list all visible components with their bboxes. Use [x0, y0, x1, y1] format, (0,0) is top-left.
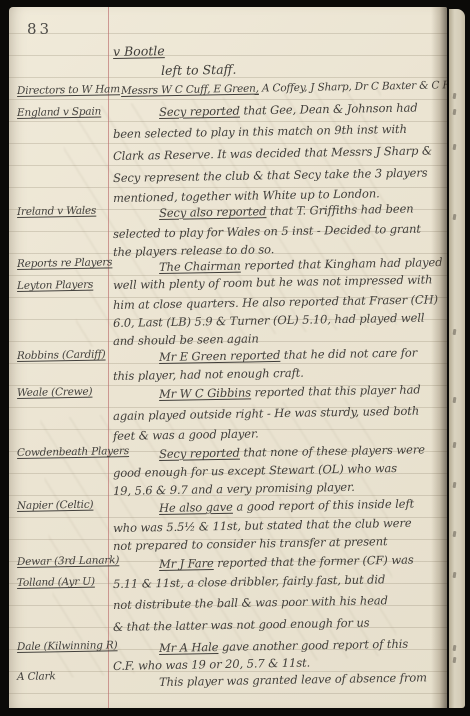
margin-note-tolland-ayr-u: Tolland (Ayr U) [17, 576, 95, 589]
facing-page-ink-mark [453, 109, 457, 115]
entry-heading-left-to-staff: left to Staff. [161, 62, 237, 78]
margin-note-weale-crewe: Weale (Crewe) [17, 386, 93, 399]
underlined-lead: Messrs W C Cuff, E Green, [121, 83, 259, 97]
facing-page-ink-mark [453, 531, 457, 537]
margin-note-cowdenbeath-players: Cowdenbeath Players [17, 445, 129, 459]
line-text: that he did not care for [280, 345, 417, 361]
margin-note-dewar-3rd-lanark: Dewar (3rd Lanark) [17, 554, 119, 568]
minute-book-page: 83 v Bootle left to Staff. Directors to … [9, 7, 447, 708]
facing-page-ink-mark [453, 329, 457, 335]
margin-rule-line [108, 7, 109, 708]
facing-page-ink-mark [453, 657, 457, 663]
facing-page-ink-mark [453, 572, 457, 578]
entry-heading-v-bootle: v Bootle [113, 43, 165, 59]
line-text: that T. Griffiths had been [266, 202, 413, 219]
line-text: reported that this player had [251, 382, 421, 399]
facing-page-ink-mark [453, 144, 457, 150]
facing-page-ink-mark [453, 93, 457, 99]
underlined-lead: Mr J Fare [159, 556, 214, 571]
underlined-lead: Mr E Green reported [159, 348, 281, 364]
facing-page-ink-mark [453, 482, 457, 488]
margin-note-directors-to-w-ham: Directors to W Ham [17, 83, 120, 97]
page-number: 83 [27, 20, 52, 38]
underlined-lead: He also gave [159, 500, 233, 515]
line-text: and should be seen again [113, 331, 259, 348]
scan-backdrop: { "page": { "number": "83", "heading": {… [0, 0, 470, 716]
underlined-lead: Secy reported [159, 104, 240, 119]
line-text: feet & was a good player. [113, 426, 259, 443]
facing-page-ink-mark [453, 214, 457, 220]
facing-page-edge [449, 9, 465, 708]
underlined-lead: Secy reported [159, 446, 240, 461]
margin-note-robbins-cardiff: Robbins (Cardiff) [17, 348, 106, 362]
margin-note-napier-celtic: Napier (Celtic) [17, 499, 94, 512]
underlined-lead: The Chairman [159, 259, 241, 274]
facing-page-ink-mark [453, 397, 457, 403]
margin-note-dale-kilwinning-r: Dale (Kilwinning R) [17, 639, 118, 653]
facing-page-ink-mark [453, 645, 457, 651]
underlined-lead: Secy also reported [159, 204, 267, 220]
line-text: the players release to do so. [113, 242, 275, 259]
margin-note-england-v-spain: England v Spain [17, 106, 101, 119]
margin-note-a-clark: A Clark [17, 670, 56, 683]
margin-note-ireland-v-wales: Ireland v Wales [17, 205, 96, 218]
underlined-lead: Mr A Hale [159, 640, 219, 655]
margin-note-reports-re-players: Reports re Players [17, 256, 113, 270]
handwritten-line: the players release to do so. [113, 242, 275, 259]
handwritten-line: feet & was a good player. [113, 426, 259, 443]
underlined-lead: Mr W C Gibbins [159, 385, 251, 401]
facing-page-ink-mark [453, 442, 457, 448]
handwritten-line: and should be seen again [113, 331, 259, 348]
margin-note-leyton-players: Leyton Players [17, 279, 93, 292]
gutter-shadow [431, 7, 447, 708]
